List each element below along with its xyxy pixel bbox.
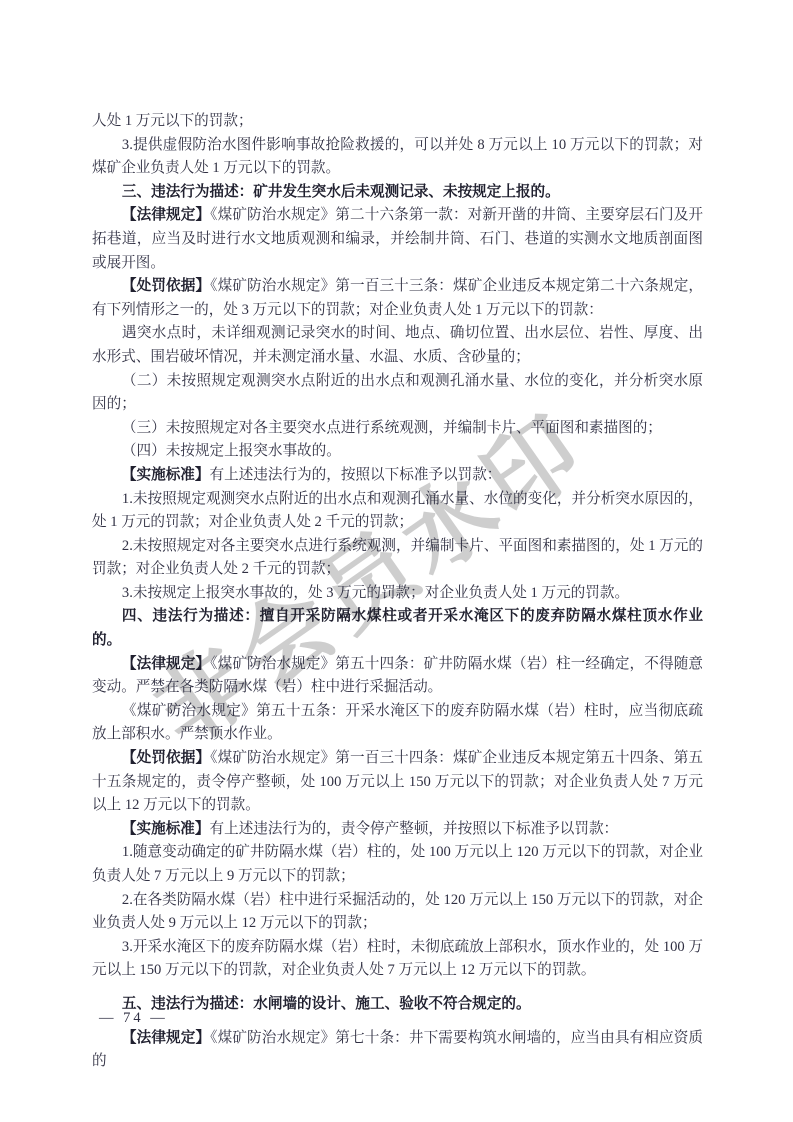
paragraph: 【处罚依据】《煤矿防治水规定》第一百三十四条：煤矿企业违反本规定第五十四条、第五…	[92, 747, 703, 818]
paragraph: 2.在各类防隔水煤（岩）柱中进行采掘活动的，处 120 万元以上 150 万元以…	[92, 889, 703, 936]
paragraph: 3.提供虚假防治水图件影响事故抢险救援的，可以并处 8 万元以上 10 万元以下…	[92, 134, 703, 181]
section-heading: 三、违法行为描述：矿井发生突水后未观测记录、未按规定上报的。	[92, 181, 703, 205]
paragraph: 遇突水点时，未详细观测记录突水的时间、地点、确切位置、出水层位、岩性、厚度、出水…	[92, 322, 703, 369]
bracket-label: 【法律规定】	[122, 656, 210, 672]
paragraph: （二）未按照规定观测突水点附近的出水点和观测孔涌水量、水位的变化，并分析突水原因…	[92, 370, 703, 417]
paragraph: 【处罚依据】《煤矿防治水规定》第一百三十三条：煤矿企业违反本规定第二十六条规定，…	[92, 275, 703, 322]
paragraph: （三）未按照规定对各主要突水点进行系统观测，并编制卡片、平面图和素描图的；	[92, 417, 703, 441]
page-number: — 74 —	[99, 1010, 168, 1027]
bracket-label: 【处罚依据】	[122, 750, 210, 766]
document-page: 非会员水印 人处 1 万元以下的罚款；3.提供虚假防治水图件影响事故抢险救援的，…	[0, 0, 793, 1122]
paragraph: 3.未按规定上报突水事故的，处 3 万元的罚款；对企业负责人处 1 万元的罚款。	[92, 582, 703, 606]
paragraph: 【法律规定】《煤矿防治水规定》第五十四条：矿井防隔水煤（岩）柱一经确定，不得随意…	[92, 653, 703, 700]
bracket-label: 【处罚依据】	[122, 278, 210, 294]
paragraph: 2.未按照规定对各主要突水点进行系统观测，并编制卡片、平面图和素描图的，处 1 …	[92, 535, 703, 582]
paragraph: 1.随意变动确定的矿井防隔水煤（岩）柱的，处 100 万元以上 120 万元以下…	[92, 841, 703, 888]
bracket-label: 【法律规定】	[122, 1030, 210, 1046]
bracket-label: 【法律规定】	[122, 207, 210, 223]
paragraph: 【实施标准】有上述违法行为的，责令停产整顿，并按照以下标准予以罚款：	[92, 818, 703, 842]
paragraph: 【实施标准】有上述违法行为的，按照以下标准予以罚款：	[92, 464, 703, 488]
paragraph: 《煤矿防治水规定》第五十五条：开采水淹区下的废弃防隔水煤（岩）柱时，应当彻底疏放…	[92, 700, 703, 747]
document-body: 人处 1 万元以下的罚款；3.提供虚假防治水图件影响事故抢险救援的，可以并处 8…	[92, 110, 703, 1074]
paragraph: 3.开采水淹区下的废弃防隔水煤（岩）柱时，未彻底疏放上部积水，顶水作业的，处 1…	[92, 936, 703, 983]
paragraph: 人处 1 万元以下的罚款；	[92, 110, 703, 134]
bracket-label: 【实施标准】	[122, 821, 210, 837]
paragraph: 【法律规定】《煤矿防治水规定》第二十六条第一款：对新开凿的井筒、主要穿层石门及开…	[92, 204, 703, 275]
section-heading: 五、违法行为描述：水闸墙的设计、施工、验收不符合规定的。	[92, 993, 703, 1017]
paragraph: 【法律规定】《煤矿防治水规定》第七十条：井下需要构筑水闸墙的，应当由具有相应资质…	[92, 1027, 703, 1074]
paragraph: （四）未按规定上报突水事故的。	[92, 440, 703, 464]
section-heading: 四、违法行为描述：擅自开采防隔水煤柱或者开采水淹区下的废弃防隔水煤柱顶水作业的。	[92, 605, 703, 652]
bracket-label: 【实施标准】	[122, 467, 210, 483]
paragraph: 1.未按照规定观测突水点附近的出水点和观测孔涌水量、水位的变化，并分析突水原因的…	[92, 488, 703, 535]
